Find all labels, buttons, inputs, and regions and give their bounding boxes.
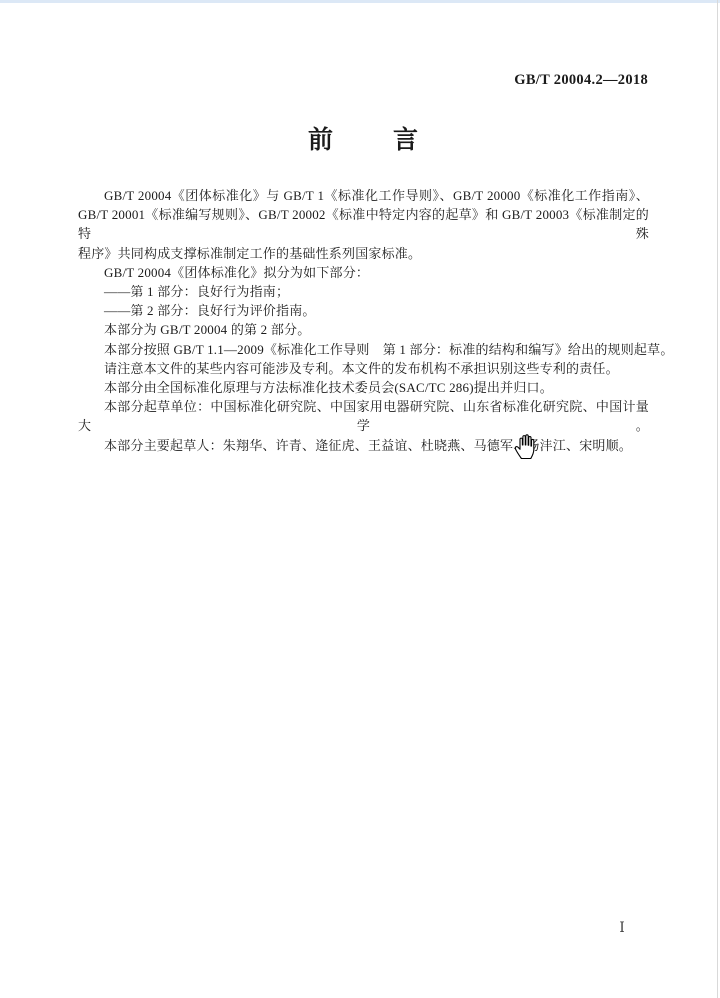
foreword-line: GB/T 20004《团体标准化》拟分为如下部分： <box>78 263 649 282</box>
foreword-line: 请注意本文件的某些内容可能涉及专利。本文件的发布机构不承担识别这些专利的责任。 <box>78 359 649 378</box>
foreword-line: GB/T 20004《团体标准化》与 GB/T 1《标准化工作导则》、GB/T … <box>78 186 649 205</box>
foreword-line: 本部分按照 GB/T 1.1—2009《标准化工作导则 第 1 部分：标准的结构… <box>78 340 649 359</box>
foreword-line: 本部分起草单位：中国标准化研究院、中国家用电器研究院、山东省标准化研究院、中国计… <box>78 397 649 435</box>
foreword-line: 程序》共同构成支撑标准制定工作的基础性系列国家标准。 <box>78 244 649 263</box>
standard-code: GB/T 20004.2—2018 <box>514 72 648 89</box>
foreword-line: GB/T 20001《标准编写规则》、GB/T 20002《标准中特定内容的起草… <box>78 205 649 243</box>
page-number: Ⅰ <box>612 920 632 936</box>
foreword-line: 本部分由全国标准化原理与方法标准化技术委员会(SAC/TC 286)提出并归口。 <box>78 378 649 397</box>
foreword-line: ——第 2 部分：良好行为评价指南。 <box>78 301 649 320</box>
page-right-edge <box>717 0 718 998</box>
foreword-line: 本部分为 GB/T 20004 的第 2 部分。 <box>78 320 649 339</box>
viewer-top-edge <box>0 0 720 3</box>
page-title: 前 言 <box>78 126 648 156</box>
title-char-1: 前 <box>308 126 333 156</box>
foreword-line: 本部分主要起草人：朱翔华、许青、逄征虎、王益谊、杜晓燕、马德军、杨沣江、宋明顺。 <box>78 436 649 455</box>
foreword-body: GB/T 20004《团体标准化》与 GB/T 1《标准化工作导则》、GB/T … <box>78 186 649 455</box>
document-page[interactable]: GB/T 20004.2—2018 前 言 GB/T 20004《团体标准化》与… <box>0 0 720 998</box>
title-char-2: 言 <box>393 126 418 156</box>
foreword-line: ——第 1 部分：良好行为指南； <box>78 282 649 301</box>
